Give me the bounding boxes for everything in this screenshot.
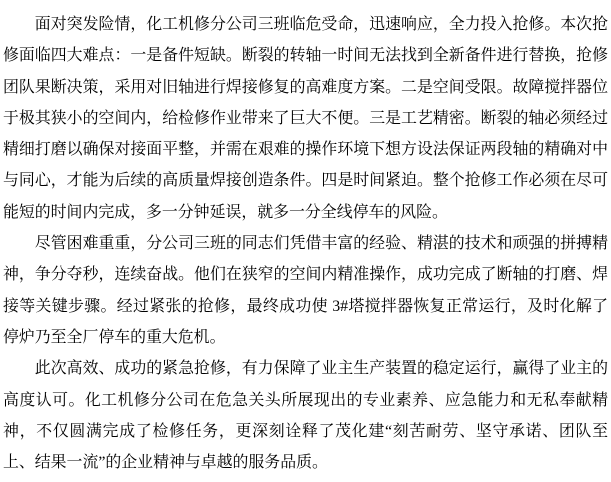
document-page: 面对突发险情，化工机修分公司三班临危受命，迅速响应，全力投入抢修。本次抢修面临四… <box>0 0 611 482</box>
paragraph-owner-recognition: 此次高效、成功的紧急抢修，有力保障了业主生产装置的稳定运行，赢得了业主的高度认可… <box>3 353 608 478</box>
paragraph-repair-success: 尽管困难重重，分公司三班的同志们凭借丰富的经验、精湛的技术和顽强的拼搏精神，争分… <box>3 228 608 353</box>
document-body: 面对突发险情，化工机修分公司三班临危受命，迅速响应，全力投入抢修。本次抢修面临四… <box>3 9 608 478</box>
paragraph-emergency-repair-difficulties: 面对突发险情，化工机修分公司三班临危受命，迅速响应，全力投入抢修。本次抢修面临四… <box>3 9 608 228</box>
